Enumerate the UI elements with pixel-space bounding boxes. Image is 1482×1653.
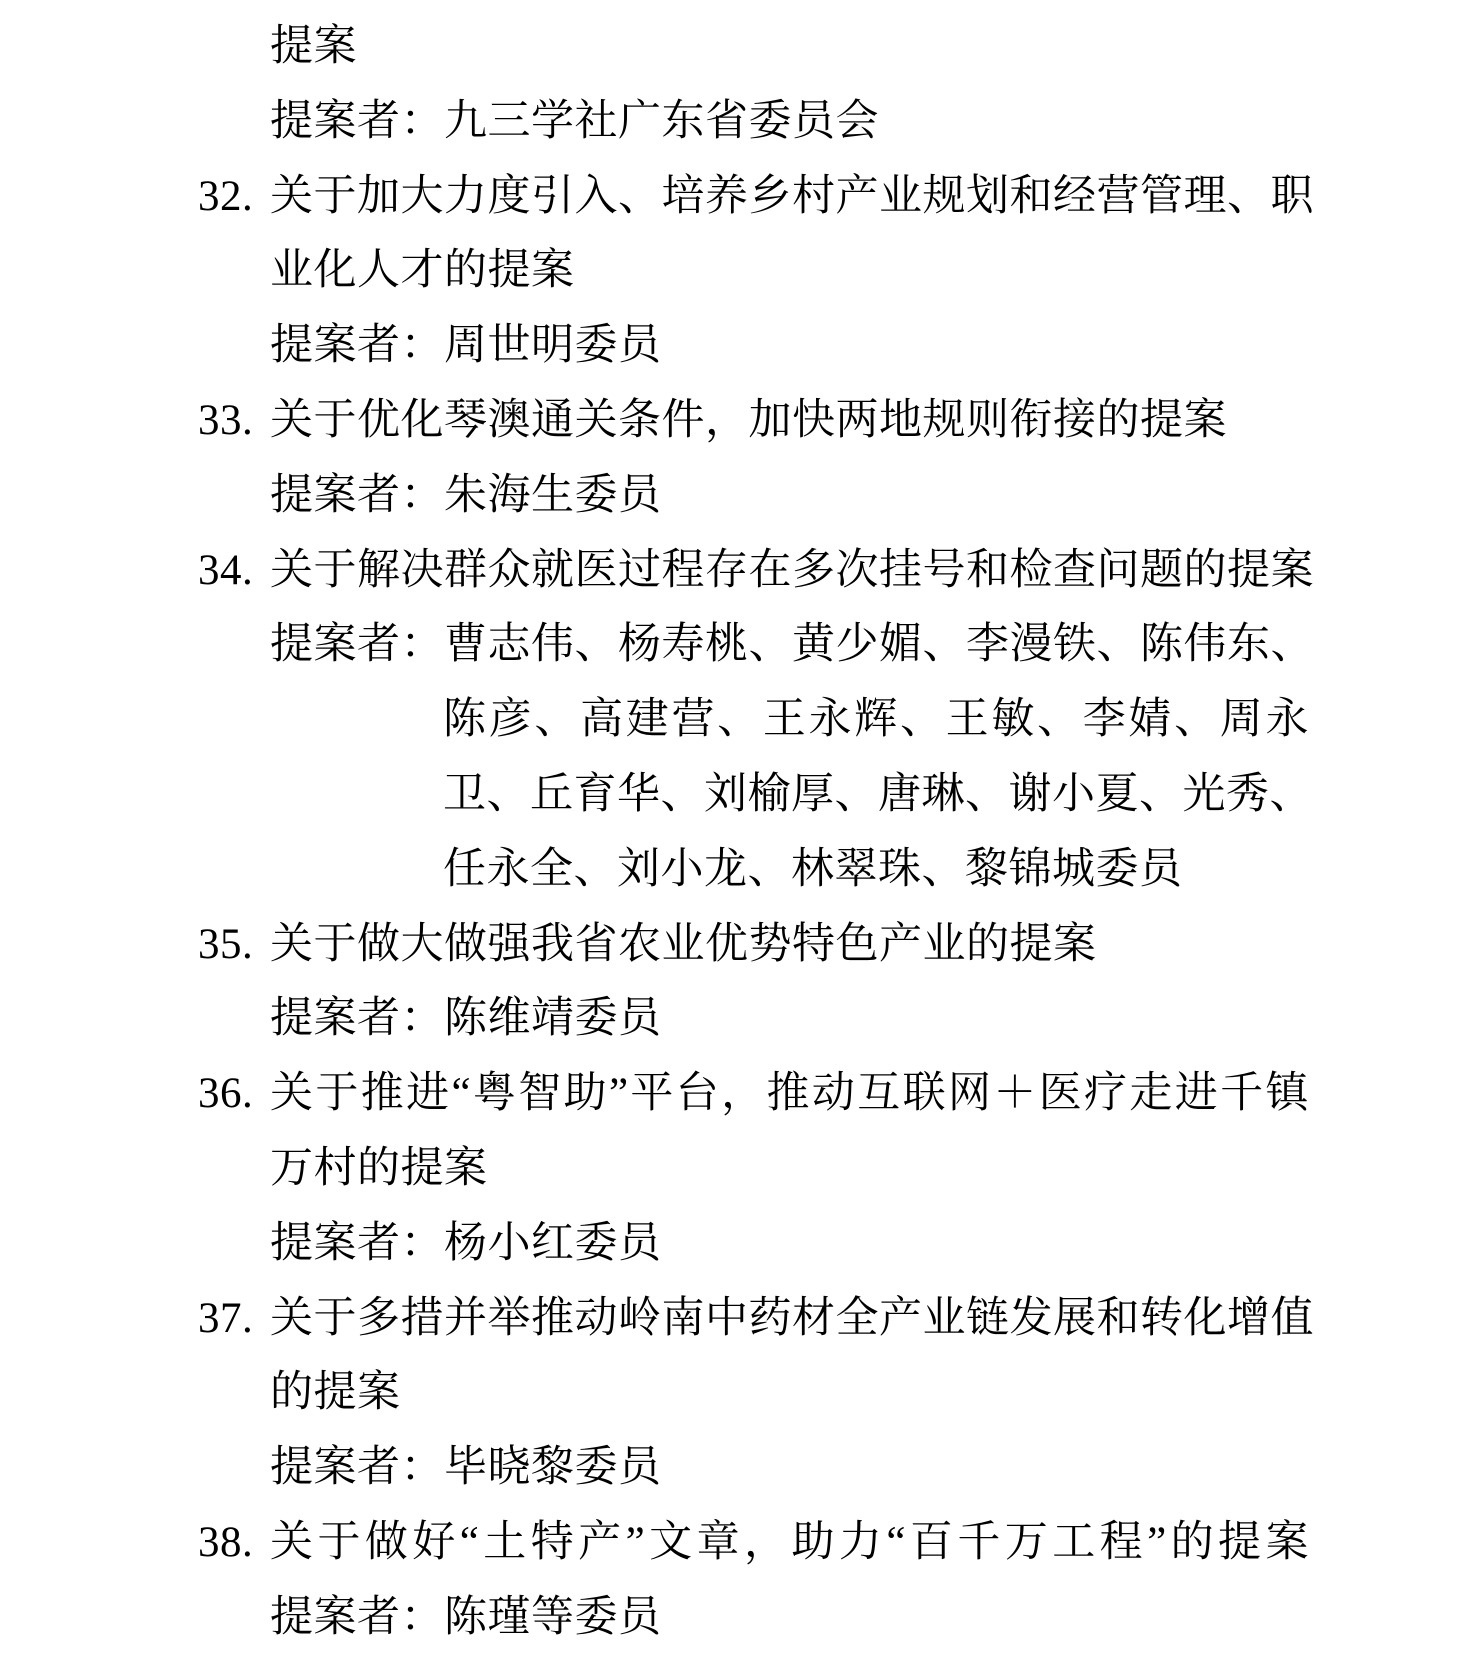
- line-text: 提案者：陈维靖委员: [270, 982, 662, 1057]
- line-text: 陈彦、高建营、王永辉、王敏、李婧、周永: [443, 683, 1309, 758]
- line-text: 提案者：陈瑾等委员: [270, 1581, 662, 1653]
- item-number: 34.: [198, 534, 270, 609]
- proposer-line: 提案者：九三学社广东省委员会: [0, 85, 1482, 160]
- line-text: 万村的提案: [270, 1132, 488, 1207]
- line-text: 任永全、刘小龙、林翠珠、黎锦城委员: [443, 833, 1183, 908]
- line-text: 的提案: [270, 1356, 401, 1431]
- item-number: 38.: [198, 1506, 270, 1581]
- item-number: 35.: [198, 908, 270, 983]
- item-number: 32.: [198, 160, 270, 235]
- line-text: 业化人才的提案: [270, 234, 575, 309]
- proposal-title: 关于多措并举推动岭南中药材全产业链发展和转化增值: [270, 1282, 1309, 1357]
- proposer-line: 提案者：曹志伟、杨寿桃、黄少媚、李漫铁、陈伟东、: [0, 608, 1482, 683]
- proposal-item-line: 32.关于加大力度引入、培养乡村产业规划和经营管理、职: [0, 160, 1482, 235]
- line-text: 提案者：毕晓黎委员: [270, 1431, 662, 1506]
- proposer-line: 提案者：杨小红委员: [0, 1207, 1482, 1282]
- proposal-item-line: 35.关于做大做强我省农业优势特色产业的提案: [0, 908, 1482, 983]
- line-text: 提案者：九三学社广东省委员会: [270, 85, 879, 160]
- proposer-line: 提案者：陈维靖委员: [0, 982, 1482, 1057]
- proposer-names-continuation: 卫、丘育华、刘榆厚、唐琳、谢小夏、光秀、: [0, 758, 1482, 833]
- proposal-item-line: 36.关于推进“粤智助”平台，推动互联网＋医疗走进千镇: [0, 1057, 1482, 1132]
- proposal-title: 关于加大力度引入、培养乡村产业规划和经营管理、职: [270, 160, 1309, 235]
- proposal-item-line: 33.关于优化琴澳通关条件，加快两地规则衔接的提案: [0, 384, 1482, 459]
- proposer-names-continuation: 陈彦、高建营、王永辉、王敏、李婧、周永: [0, 683, 1482, 758]
- proposer-line: 提案者：朱海生委员: [0, 459, 1482, 534]
- proposal-title: 关于解决群众就医过程存在多次挂号和检查问题的提案: [270, 534, 1309, 609]
- proposer-line: 提案者：陈瑾等委员: [0, 1581, 1482, 1653]
- proposal-title-continuation: 提案: [0, 10, 1482, 85]
- proposal-title-continuation: 业化人才的提案: [0, 234, 1482, 309]
- proposal-title-continuation: 的提案: [0, 1356, 1482, 1431]
- proposer-line: 提案者：毕晓黎委员: [0, 1431, 1482, 1506]
- line-text: 提案: [270, 10, 357, 85]
- line-text: 卫、丘育华、刘榆厚、唐琳、谢小夏、光秀、: [443, 758, 1309, 833]
- proposer-line: 提案者：周世明委员: [0, 309, 1482, 384]
- document-page: 提案 提案者：九三学社广东省委员会 32.关于加大力度引入、培养乡村产业规划和经…: [0, 0, 1482, 1653]
- line-text: 提案者：杨小红委员: [270, 1207, 662, 1282]
- line-text: 提案者：周世明委员: [270, 309, 662, 384]
- proposer-names-continuation: 任永全、刘小龙、林翠珠、黎锦城委员: [0, 833, 1482, 908]
- line-text: 提案者：曹志伟、杨寿桃、黄少媚、李漫铁、陈伟东、: [270, 608, 1314, 683]
- proposal-item-line: 38.关于做好“土特产”文章，助力“百千万工程”的提案: [0, 1506, 1482, 1581]
- proposal-title: 关于推进“粤智助”平台，推动互联网＋医疗走进千镇: [270, 1057, 1309, 1132]
- item-number: 37.: [198, 1282, 270, 1357]
- proposal-item-line: 34.关于解决群众就医过程存在多次挂号和检查问题的提案: [0, 534, 1482, 609]
- proposal-title: 关于做大做强我省农业优势特色产业的提案: [270, 908, 1309, 983]
- proposal-title-continuation: 万村的提案: [0, 1132, 1482, 1207]
- line-text: 提案者：朱海生委员: [270, 459, 662, 534]
- proposal-item-line: 37.关于多措并举推动岭南中药材全产业链发展和转化增值: [0, 1282, 1482, 1357]
- item-number: 36.: [198, 1057, 270, 1132]
- item-number: 33.: [198, 384, 270, 459]
- proposal-title: 关于优化琴澳通关条件，加快两地规则衔接的提案: [270, 384, 1309, 459]
- proposal-title: 关于做好“土特产”文章，助力“百千万工程”的提案: [270, 1506, 1309, 1581]
